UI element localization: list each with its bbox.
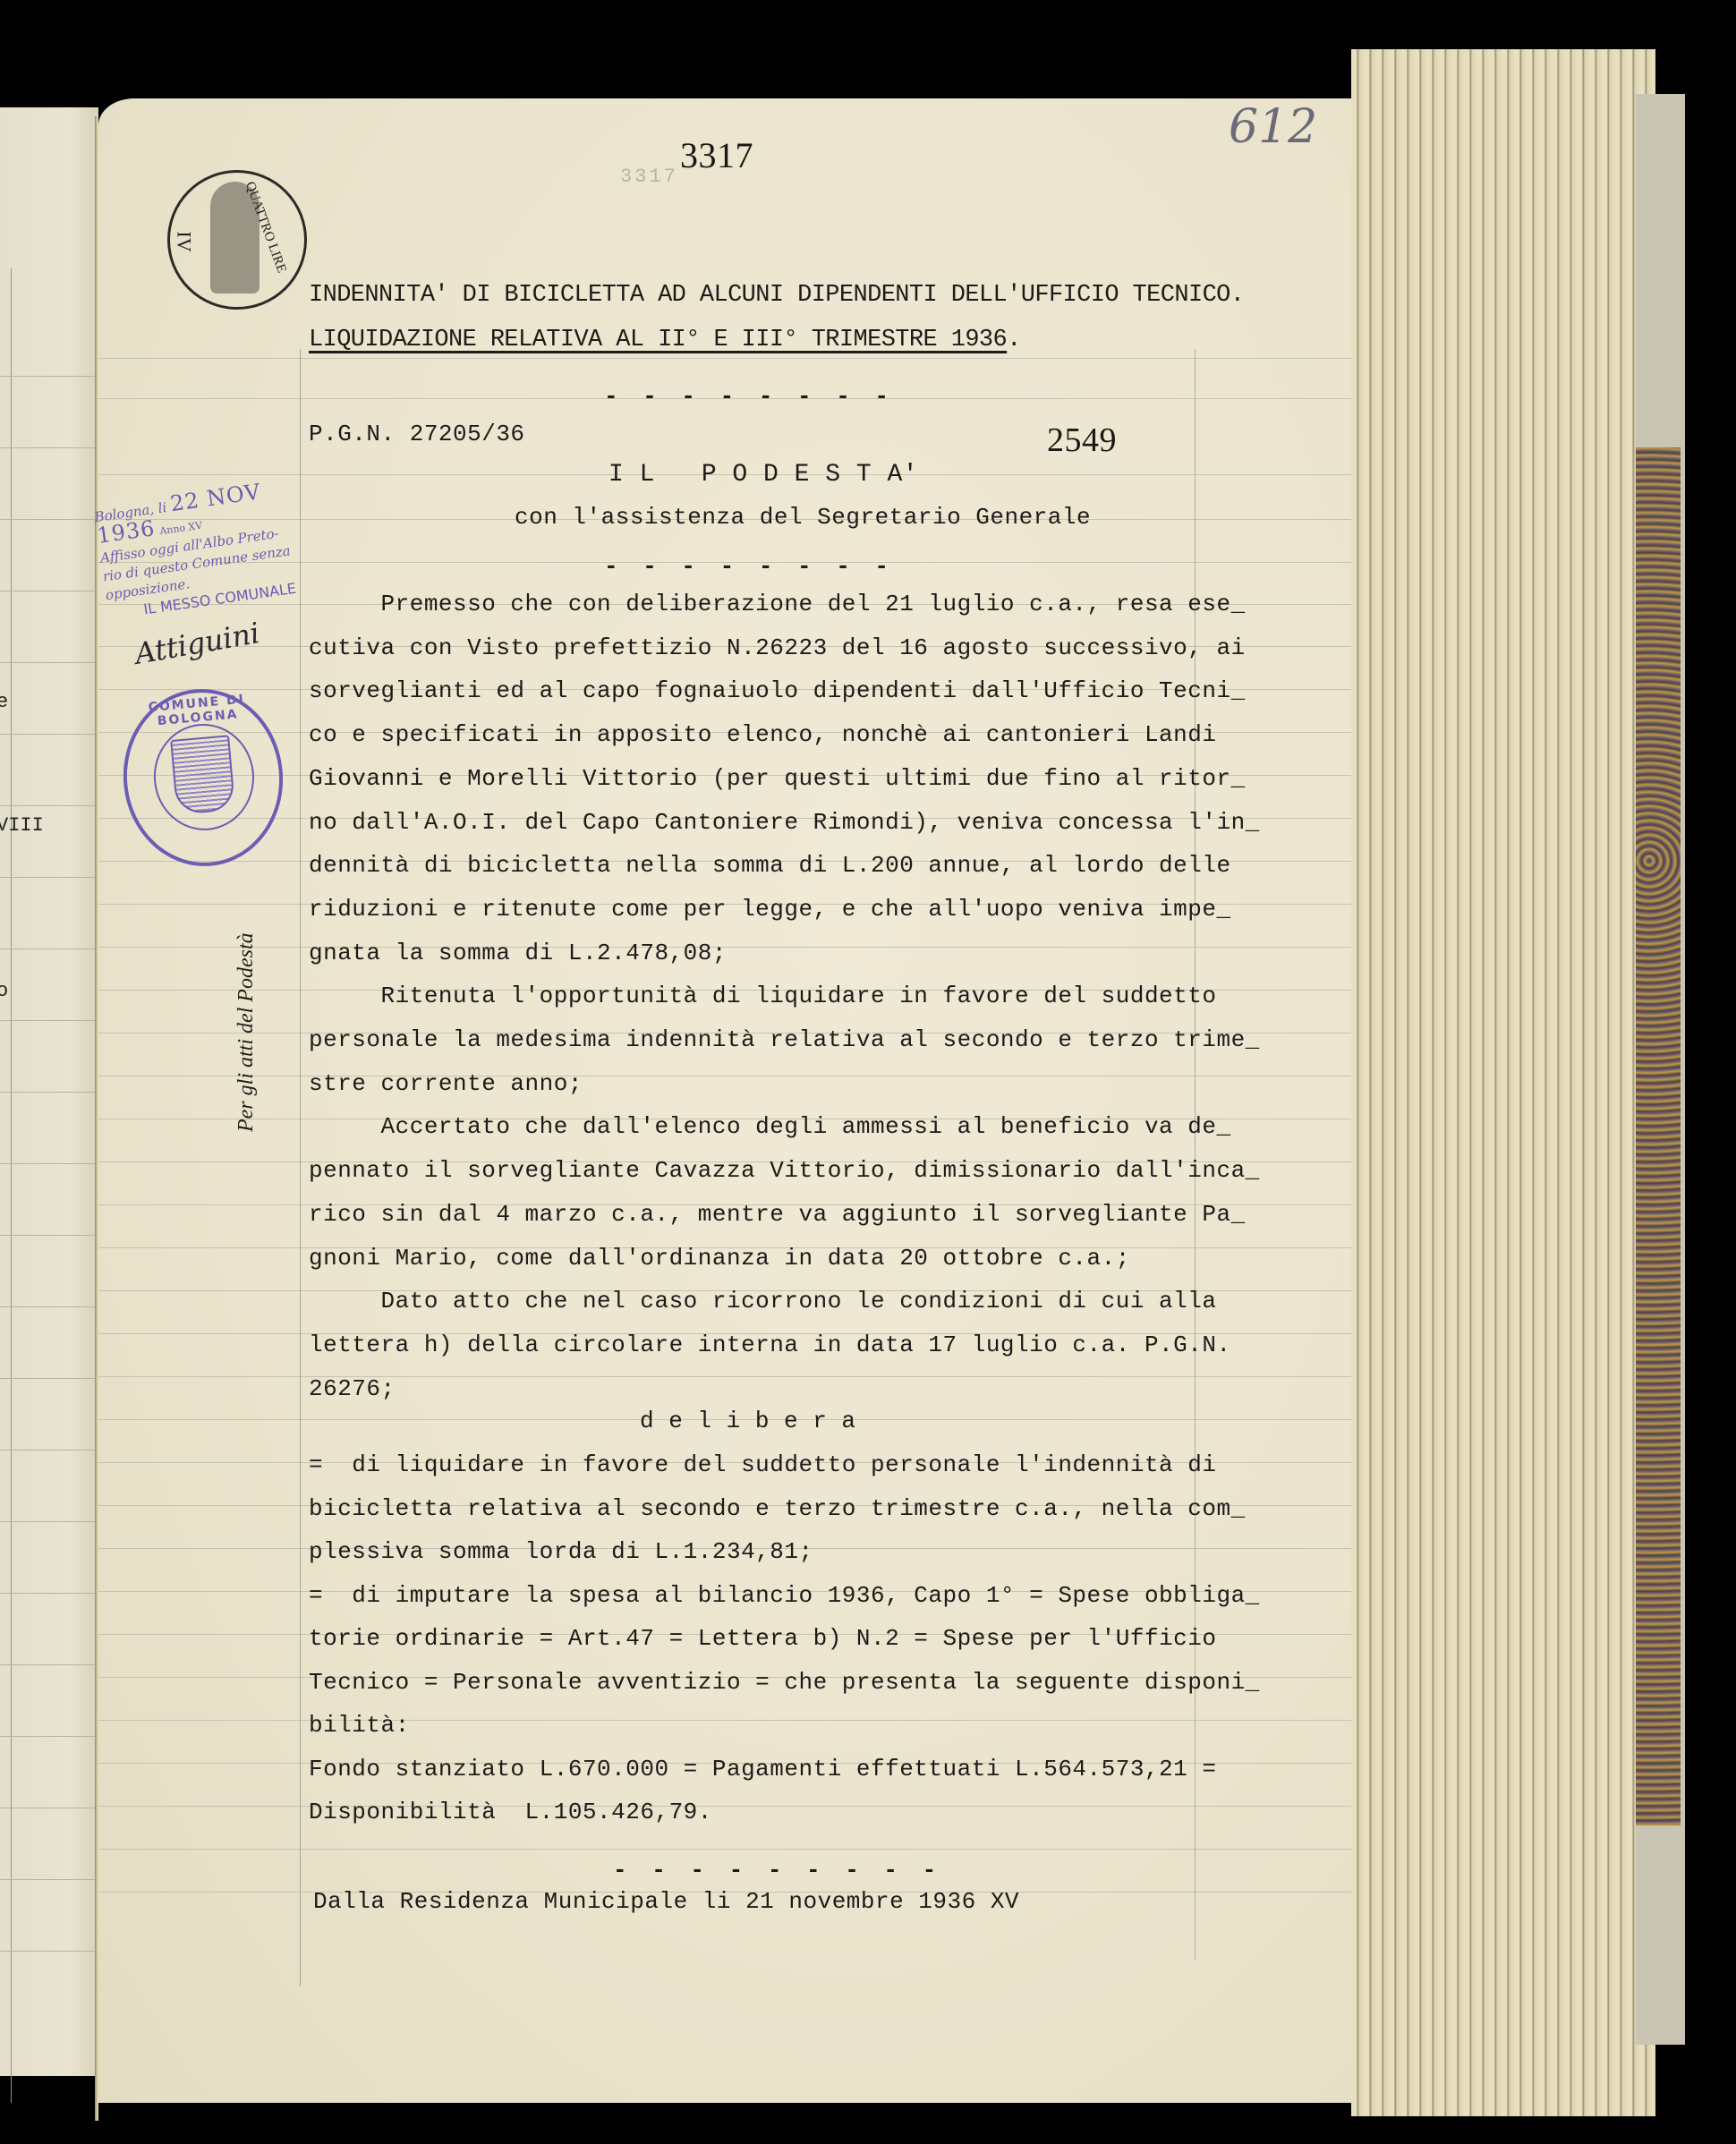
rule-line <box>0 877 98 878</box>
rule-line <box>0 1808 98 1808</box>
text-line: dennità di bicicletta nella somma di L.2… <box>309 852 1231 879</box>
protocol-number: P.G.N. 27205/36 <box>309 421 525 447</box>
text-line: torie ordinarie = Art.47 = Lettera b) N.… <box>309 1625 1216 1652</box>
text-line: Ritenuta l'opportunità di liquidare in f… <box>309 983 1216 1009</box>
document-title-line-2: LIQUIDAZIONE RELATIVA AL II° E III° TRIM… <box>309 327 1007 353</box>
rule-line <box>0 1593 98 1594</box>
act-number: 2549 <box>1047 421 1117 460</box>
text-line: stre corrente anno; <box>309 1070 583 1097</box>
delibera-heading: d e l i b e r a <box>640 1408 856 1434</box>
separator-dashes: - - - - - - - - <box>604 553 894 580</box>
stamp-era: Anno XV <box>159 520 203 538</box>
coat-of-arms-shield-icon <box>170 735 235 814</box>
rule-line <box>0 949 98 949</box>
rule-line <box>0 591 98 591</box>
title-period: . <box>1007 327 1021 353</box>
rule-line <box>0 1879 98 1880</box>
rule-line <box>0 1092 98 1093</box>
text-line: Accertato che dall'elenco degli ammessi … <box>309 1113 1231 1140</box>
text-line: Giovanni e Morelli Vittorio (per questi … <box>309 765 1246 792</box>
seal-roman-numeral: IV <box>173 231 196 251</box>
text-line: Fondo stanziato L.670.000 = Pagamenti ef… <box>309 1756 1216 1782</box>
assistance-subheading: con l'assistenza del Segretario Generale <box>515 504 1091 531</box>
closing-date-line: Dalla Residenza Municipale li 21 novembr… <box>313 1888 1019 1915</box>
rule-line <box>0 662 98 663</box>
text-line: co e specificati in apposito elenco, non… <box>309 721 1216 748</box>
text-line: plessiva somma lorda di L.1.234,81; <box>309 1538 813 1565</box>
text-line: gnoni Mario, come dall'ordinanza in data… <box>309 1245 1130 1272</box>
text-line: rico sin dal 4 marzo c.a., mentre va agg… <box>309 1201 1246 1228</box>
left-page-text-fragment: e <box>0 691 8 713</box>
rule-line <box>98 1720 1351 1721</box>
marbled-cover <box>1636 447 1681 1825</box>
text-line: cutiva con Visto prefettizio N.26223 del… <box>309 634 1246 661</box>
rule-line <box>98 1849 1351 1850</box>
book-page-edges <box>1351 49 1655 2116</box>
rule-line <box>0 805 98 806</box>
rule-line <box>0 1450 98 1451</box>
handwritten-folio-number: 612 <box>1229 100 1317 154</box>
rule-line <box>98 1376 1351 1377</box>
separator-dashes: - - - - - - - - <box>604 383 894 410</box>
rule-line <box>0 447 98 448</box>
text-line: gnata la somma di L.2.478,08; <box>309 940 727 966</box>
text-line: riduzioni e ritenute come per legge, e c… <box>309 896 1231 923</box>
revenue-seal: QUATTRO LIRE IV <box>167 170 307 310</box>
text-line: bilità: <box>309 1712 410 1739</box>
text-line: Dato atto che nel caso ricorrono le cond… <box>309 1288 1216 1314</box>
rule-line <box>0 1951 98 1952</box>
text-line: pennato il sorvegliante Cavazza Vittorio… <box>309 1157 1260 1184</box>
rule-line <box>0 1664 98 1665</box>
text-line: lettera h) della circolare interna in da… <box>309 1331 1231 1358</box>
left-page-margin-line <box>11 268 12 2103</box>
text-line: no dall'A.O.I. del Capo Cantoniere Rimon… <box>309 809 1260 836</box>
rule-line <box>0 734 98 735</box>
authority-heading: I L P O D E S T A' <box>608 461 918 489</box>
text-line: = di liquidare in favore del suddetto pe… <box>309 1451 1216 1478</box>
rule-line <box>0 1306 98 1307</box>
rule-line <box>98 1076 1351 1076</box>
text-line: = di imputare la spesa al bilancio 1936,… <box>309 1582 1260 1609</box>
left-facing-page: e VIII o <box>0 107 98 2076</box>
stamped-page-number: 3317 <box>680 134 753 176</box>
left-page-text-fragment: VIII <box>0 814 44 837</box>
rule-line <box>0 1736 98 1737</box>
vertical-margin-label: Per gli atti del Podestà <box>234 932 259 1132</box>
rule-line <box>0 1163 98 1164</box>
faint-offset-number: 3317 <box>620 166 678 188</box>
rule-line <box>0 519 98 520</box>
closing-separator: - - - - - - - - - <box>613 1857 941 1884</box>
rule-line <box>0 1020 98 1021</box>
rule-line <box>0 1235 98 1236</box>
document-title-line-1: INDENNITA' DI BICICLETTA AD ALCUNI DIPEN… <box>309 282 1244 309</box>
text-line: personale la medesima indennità relativa… <box>309 1026 1260 1053</box>
text-line: Tecnico = Personale avventizio = che pre… <box>309 1669 1260 1696</box>
text-line: 26276; <box>309 1375 396 1402</box>
text-line: Disponibilità L.105.426,79. <box>309 1799 712 1825</box>
text-line: bicicletta relativa al secondo e terzo t… <box>309 1495 1246 1522</box>
left-page-text-fragment: o <box>0 980 8 1002</box>
rule-line <box>98 358 1351 359</box>
book-gutter <box>95 116 98 2121</box>
text-line: Premesso che con deliberazione del 21 lu… <box>309 591 1246 617</box>
rule-line <box>0 376 98 377</box>
text-line: sorveglianti ed al capo fognaiuolo dipen… <box>309 677 1246 704</box>
rule-line <box>98 1806 1351 1807</box>
rule-line <box>0 1521 98 1522</box>
rule-line <box>0 1378 98 1379</box>
